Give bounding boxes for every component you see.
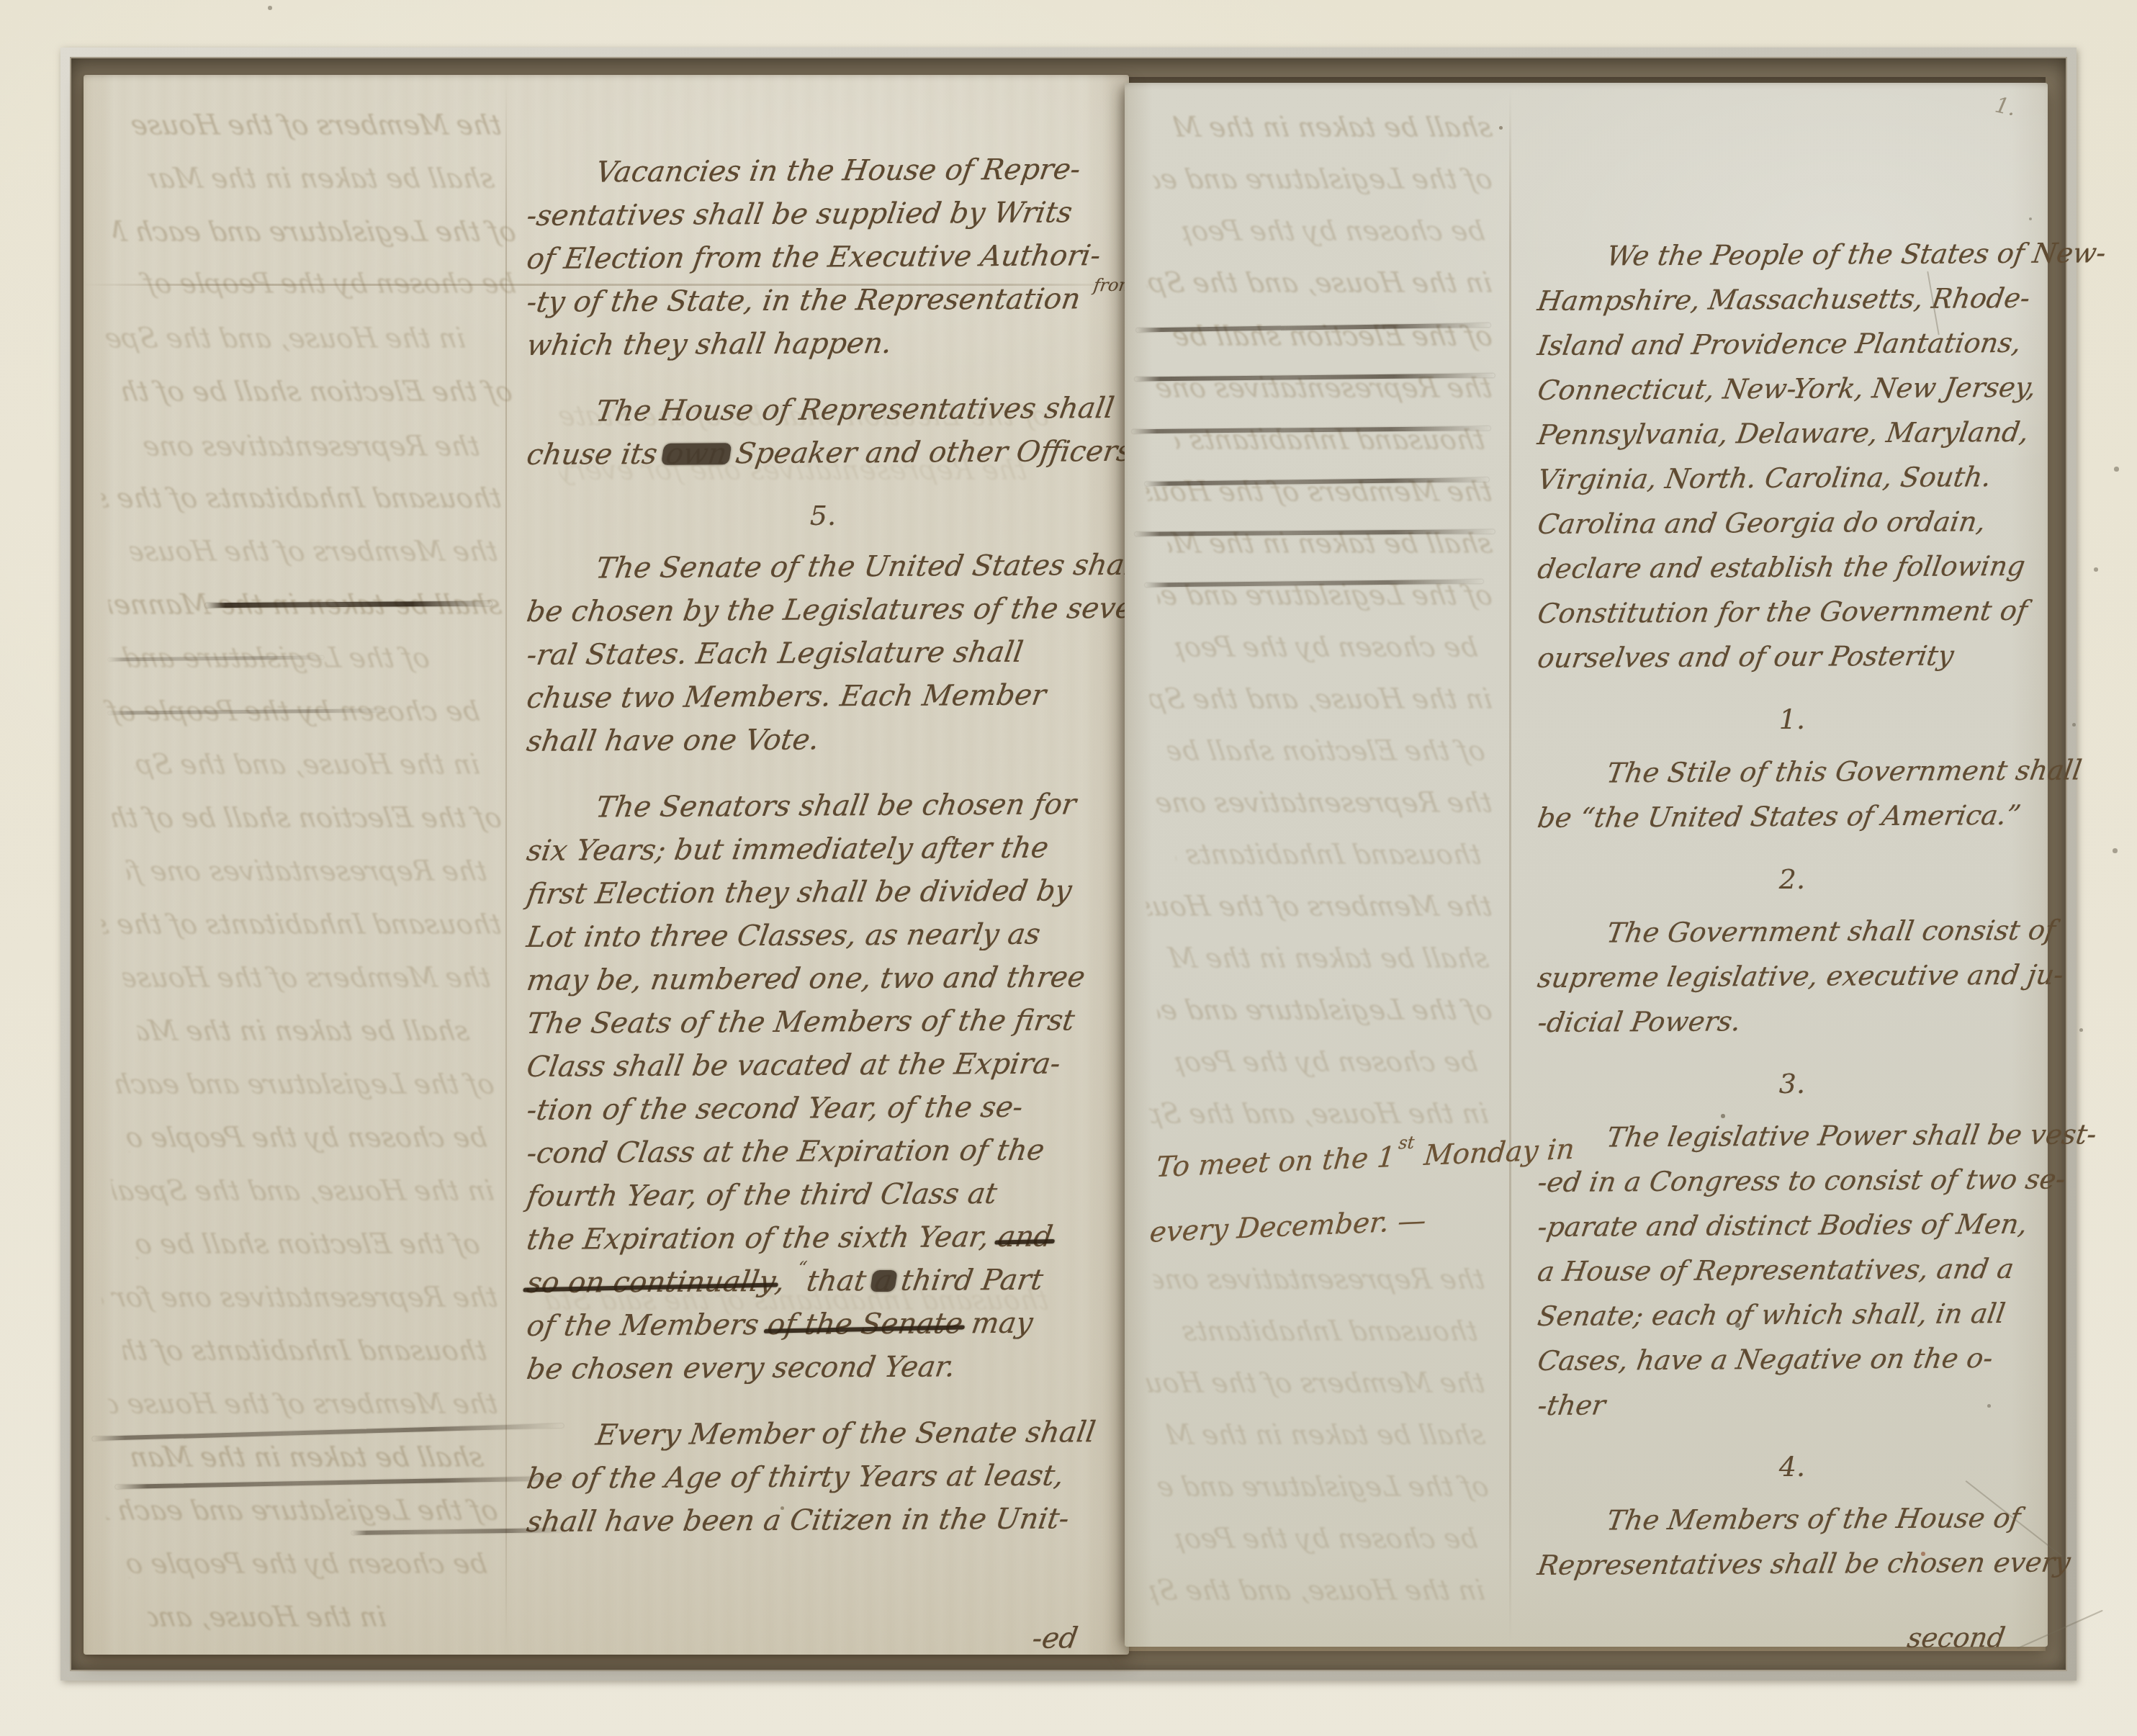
- manuscript-text: The Government shall consist of: [1605, 914, 2058, 949]
- manuscript-line: be “the United States of America.”: [1534, 793, 2050, 840]
- manuscript-line: Virginia, North. Carolina, South.: [1534, 454, 2050, 502]
- ghost-bleedthrough-line: the Members of the House chosen in: [121, 962, 493, 994]
- manuscript-line: may be, numbered one, two and three: [523, 955, 1123, 1002]
- ghost-bleedthrough-line: of the Legislature and each Member: [1155, 1471, 1491, 1503]
- manuscript-text: every December. —: [1148, 1205, 1428, 1249]
- ghost-bleedthrough-line: of the Election shall be of the State: [1166, 735, 1488, 767]
- ghost-bleedthrough-line: of the Election shall be of the State: [132, 1228, 482, 1260]
- manuscript-text: chuse its: [524, 438, 668, 472]
- catchword: second: [1534, 1615, 2050, 1663]
- manuscript-line: fourth Year, of the third Class at: [523, 1171, 1123, 1218]
- manuscript-text: Island and Providence Plantations,: [1536, 327, 2024, 361]
- manuscript-paragraph: Every Member of the Senate shallbe of th…: [527, 1414, 1119, 1544]
- manuscript-line: which they shall happen.: [523, 320, 1123, 367]
- manuscript-text: The House of Representatives shall: [594, 392, 1117, 428]
- struck-through-text: of the Senate: [765, 1307, 966, 1341]
- ghost-bleedthrough-line: thousand Inhabitants of the said States: [1173, 839, 1484, 871]
- manuscript-text: be of the Age of thirty Years at least,: [524, 1459, 1066, 1496]
- dust-speck: [2029, 217, 2032, 220]
- ghost-bleedthrough-line: in the House, and the Speaker shall: [146, 1601, 389, 1633]
- manuscript-text: that: [804, 1264, 878, 1298]
- manuscript-line: -ther: [1534, 1380, 2050, 1428]
- ghost-bleedthrough-line: in the House, and the Speaker shall: [132, 749, 482, 781]
- section-number: 4.: [1538, 1451, 2046, 1483]
- ghost-bleedthrough-line: shall be taken in the Manner here: [135, 1015, 472, 1047]
- ghost-bleedthrough-line: of the Legislature and each Member: [1151, 163, 1495, 195]
- manuscript-line: -dicial Powers.: [1534, 997, 2050, 1045]
- manuscript-text: first Election they shall be divided by: [524, 874, 1074, 911]
- ghost-bleedthrough-line: shall be taken in the Manner here: [128, 1442, 486, 1473]
- manuscript-text: -ral States. Each Legislature shall: [524, 636, 1025, 672]
- manuscript-text: We the People of the States of New-: [1605, 237, 2108, 271]
- manuscript-paragraph: Vacancies in the House of Repre--sentati…: [527, 151, 1119, 367]
- paper-fold-crease: [84, 284, 1129, 286]
- manuscript-text: which they shall happen.: [524, 327, 894, 362]
- ink-blot-deletion: own: [664, 437, 729, 471]
- section-number: 3.: [1538, 1068, 2046, 1099]
- manuscript-text: ourselves and of our Posterity: [1536, 639, 1956, 674]
- manuscript-text: Lot into three Classes, as nearly as: [524, 918, 1042, 954]
- manuscript-text: -tion of the second Year, of the se-: [524, 1091, 1025, 1127]
- dust-speck: [2114, 467, 2119, 472]
- manuscript-text: declare and establish the following: [1536, 550, 2028, 585]
- manuscript-text: shall have one Vote.: [524, 724, 821, 758]
- manuscript-line: declare and establish the following: [1534, 544, 2050, 591]
- manuscript-text: Constitution for the Government of: [1536, 595, 2030, 629]
- manuscript-text: Representatives shall be chosen every: [1536, 1546, 2073, 1581]
- manuscript-text: Virginia, North. Carolina, South.: [1536, 461, 1994, 495]
- ghost-bleedthrough-line: in the House, and the Speaker shall: [1144, 267, 1495, 299]
- manuscript-paragraph: The Senate of the United States shallbe …: [527, 547, 1119, 763]
- manuscript-line: of Election from the Executive Authori-: [523, 234, 1123, 281]
- manuscript-line: Class shall be vacated at the Expira-: [523, 1042, 1123, 1089]
- manuscript-text: -cond Class at the Expiration of the: [524, 1134, 1046, 1170]
- manuscript-text: Class shall be vacated at the Expira-: [524, 1047, 1062, 1084]
- ghost-bleedthrough-line: of the Election shall be of the State: [121, 376, 515, 408]
- manuscript-line: -sentatives shall be supplied by Writs: [523, 191, 1123, 238]
- ghost-bleedthrough-line: shall be taken in the Manner here: [1173, 112, 1495, 143]
- manuscript-text: the Expiration of the sixth Year,: [524, 1220, 1000, 1256]
- manuscript-line: Cases, have a Negative on the o-: [1534, 1336, 2050, 1383]
- manuscript-text: Cases, have a Negative on the o-: [1536, 1342, 1995, 1377]
- manuscript-text: shall have been a Citizen in the Unit-: [524, 1502, 1071, 1539]
- right-page-text-column: We the People of the States of New-Hamps…: [1538, 234, 2046, 1611]
- manuscript-text: The Seats of the Members of the first: [524, 1004, 1076, 1040]
- ghost-bleedthrough-line: the Representatives one for every forty: [1151, 787, 1495, 819]
- manuscript-text: third Part: [890, 1264, 1045, 1297]
- catchword: -ed: [523, 1616, 1123, 1663]
- manuscript-line: six Years; but immediately after the: [523, 826, 1123, 873]
- manuscript-line: We the People of the States of New-: [1534, 231, 2050, 279]
- dust-speck: [2072, 723, 2076, 727]
- manuscript-text: chuse two Members. Each Member: [524, 679, 1048, 715]
- manuscript-paragraph: The Members of the House ofRepresentativ…: [1538, 1498, 2046, 1588]
- manuscript-line: chuse its own Speaker and other Officers…: [523, 430, 1123, 477]
- paper-fold-crease: [505, 79, 507, 1650]
- manuscript-line: -tion of the second Year, of the se-: [523, 1085, 1123, 1132]
- ghost-bleedthrough-line: thousand Inhabitants of the said States: [121, 1335, 490, 1367]
- manuscript-line: Every Member of the Senate shall: [523, 1411, 1123, 1457]
- section-number: 5.: [527, 500, 1119, 531]
- ghost-bleedthrough-line: thousand Inhabitants of the said States: [99, 909, 504, 940]
- manuscript-line: Island and Providence Plantations,: [1534, 320, 2050, 368]
- paper-fold-crease: [1509, 89, 1511, 1642]
- manuscript-page-right: shall be taken in the Manner hereof the …: [1125, 83, 2048, 1647]
- manuscript-paragraph: The Stile of this Government shallbe “th…: [1538, 751, 2046, 840]
- paper-speck: [1921, 1552, 1925, 1556]
- manuscript-text: The legislative Power shall be vest-: [1605, 1118, 2099, 1153]
- manuscript-line: ourselves and of our Posterity: [1534, 633, 2050, 680]
- ghost-bleedthrough-line: be chosen by the People of the several: [125, 1548, 490, 1580]
- manuscript-text: a House of Representatives, and a: [1536, 1253, 2016, 1287]
- interlined-insertion: “: [796, 1258, 809, 1278]
- manuscript-line: of the Members of the Senate may: [523, 1301, 1123, 1348]
- manuscript-line: The House of Representatives shall: [523, 387, 1123, 433]
- section-number: 2.: [1538, 863, 2046, 895]
- manuscript-text: -dicial Powers.: [1536, 1005, 1743, 1038]
- manuscript-line: the Expiration of the sixth Year, and: [523, 1215, 1123, 1261]
- manuscript-text: may be, numbered one, two and three: [524, 961, 1087, 997]
- manuscript-text: Vacancies in the House of Repre-: [594, 153, 1083, 189]
- manuscript-line: The Senators shall be chosen for: [523, 783, 1123, 829]
- paper-speck: [1721, 1114, 1725, 1118]
- manuscript-line: supreme legislative, executive and ju-: [1534, 953, 2050, 1000]
- manuscript-text: Pennsylvania, Delaware, Maryland,: [1536, 416, 2031, 451]
- manuscript-text: -ed in a Congress to consist of two se-: [1536, 1164, 2068, 1198]
- ghost-bleedthrough-line: shall be taken in the Manner here: [1166, 943, 1491, 974]
- ghost-bleedthrough-line: be chosen by the People of the several: [1173, 631, 1480, 663]
- manuscript-paragraph: The legislative Power shall be vest--ed …: [1538, 1115, 2046, 1428]
- ghost-bleedthrough-line: the Representatives one for every forty: [99, 1282, 500, 1313]
- manuscript-line: first Election they shall be divided by: [523, 869, 1123, 916]
- manuscript-text: -sentatives shall be supplied by Writs: [524, 196, 1074, 233]
- framed-manuscript-photo: { "document": { "description": "Two-page…: [0, 0, 2137, 1736]
- ghost-bleedthrough-line: the Representatives one for every forty: [1151, 1264, 1488, 1295]
- manuscript-text: be “the United States of America.”: [1536, 799, 2023, 834]
- paper-speck: [1735, 1323, 1740, 1328]
- ghost-bleedthrough-line: be chosen by the People of the several: [1173, 1046, 1480, 1078]
- ghost-bleedthrough-line: be chosen by the People of the several: [1173, 1523, 1480, 1555]
- manuscript-line: The legislative Power shall be vest-: [1534, 1112, 2050, 1160]
- manuscript-text: The Senators shall be chosen for: [594, 788, 1079, 824]
- paper-speck: [1499, 126, 1503, 130]
- ghost-bleedthrough-line: the Representatives one for every forty: [125, 855, 490, 887]
- ghost-bleedthrough-line: the Members of the House chosen in: [125, 109, 504, 141]
- left-page-text-column: Vacancies in the House of Repre--sentati…: [527, 151, 1119, 1567]
- dust-speck: [2079, 1028, 2083, 1032]
- manuscript-text: may: [960, 1307, 1035, 1341]
- struck-through-text: and: [996, 1220, 1055, 1254]
- manuscript-line: be chosen every second Year.: [523, 1344, 1123, 1391]
- manuscript-line: The Senate of the United States shall: [523, 544, 1123, 590]
- manuscript-paragraph: The House of Representatives shallchuse …: [527, 390, 1119, 477]
- ghost-bleedthrough-line: the Members of the House chosen in: [1144, 1367, 1488, 1399]
- struck-through-text: so on continually: [524, 1265, 778, 1300]
- manuscript-text: six Years; but immediately after the: [524, 832, 1050, 868]
- ghost-bleedthrough-line: of the Legislature and each Member: [1155, 994, 1495, 1026]
- manuscript-text: The Stile of this Government shall: [1605, 754, 2084, 788]
- page-number-mark: 1.: [1993, 92, 2018, 121]
- manuscript-text: To meet on the 1: [1155, 1141, 1397, 1184]
- manuscript-line: -ral States. Each Legislature shall: [523, 630, 1123, 677]
- ghost-bleedthrough-line: shall be taken in the Manner here: [146, 163, 497, 194]
- manuscript-line: chuse two Members. Each Member: [523, 673, 1123, 720]
- manuscript-line: shall have been a Citizen in the Unit-: [523, 1497, 1123, 1544]
- margin-annotation: To meet on the 1st Monday inevery Decemb…: [1147, 1117, 1578, 1266]
- ghost-bleedthrough-line: of the Legislature and each Member: [103, 1495, 500, 1526]
- manuscript-line: The Government shall consist of: [1534, 908, 2050, 955]
- manuscript-text: Speaker and other Officers.: [724, 435, 1143, 471]
- manuscript-line: -cond Class at the Expiration of the: [523, 1128, 1123, 1175]
- ghost-bleedthrough-line: the Members of the House chosen in: [128, 536, 500, 567]
- manuscript-text: be chosen by the Legislatures of the sev…: [524, 592, 1144, 629]
- ghost-bleedthrough-line: the Members of the House chosen in: [107, 1388, 500, 1420]
- manuscript-text: The Members of the House of: [1605, 1502, 2023, 1537]
- ghost-bleedthrough-line: thousand Inhabitants of the said States: [1173, 1316, 1480, 1347]
- manuscript-line: The Members of the House of: [1534, 1496, 2050, 1543]
- manuscript-text: be chosen every second Year.: [524, 1350, 958, 1386]
- manuscript-line: so on continually, “that a third Part: [523, 1258, 1123, 1305]
- manuscript-line: -ed in a Congress to consist of two se-: [1534, 1157, 2050, 1205]
- manuscript-line: Senate; each of which shall, in all: [1534, 1291, 2050, 1339]
- manuscript-text: fourth Year, of the third Class at: [524, 1177, 999, 1213]
- manuscript-line: be of the Age of thirty Years at least,: [523, 1454, 1123, 1501]
- manuscript-line: Vacancies in the House of Repre-: [523, 148, 1123, 194]
- ghost-bleedthrough-line: be chosen by the People of the several: [1180, 215, 1488, 247]
- manuscript-paragraph: The Senators shall be chosen forsix Year…: [527, 786, 1119, 1391]
- manuscript-line: shall have one Vote.: [523, 716, 1123, 763]
- manuscript-paragraph: We the People of the States of New-Hamps…: [1538, 234, 2046, 680]
- manuscript-text: Connecticut, New-York, New Jersey,: [1536, 372, 2038, 406]
- manuscript-text: of the Members: [524, 1308, 770, 1343]
- ghost-bleedthrough-line: in the House, and the Speaker shall: [103, 323, 468, 354]
- manuscript-line: Constitution for the Government of: [1534, 588, 2050, 636]
- ghost-bleedthrough-line: of the Legislature and each Member: [103, 1069, 497, 1100]
- manuscript-paragraph: The Government shall consist ofsupreme l…: [1538, 911, 2046, 1045]
- manuscript-text: -ther: [1536, 1389, 1608, 1421]
- manuscript-line: The Stile of this Government shall: [1534, 748, 2050, 796]
- ghost-bleedthrough-line: shall be taken in the Manner here: [1166, 1419, 1488, 1451]
- manuscript-line: a House of Representatives, and a: [1534, 1246, 2050, 1294]
- manuscript-line: Pennsylvania, Delaware, Maryland,: [1534, 410, 2050, 457]
- manuscript-line: Carolina and Georgia do ordain,: [1534, 499, 2050, 547]
- manuscript-text: Every Member of the Senate shall: [594, 1416, 1098, 1452]
- interlined-insertion: st: [1398, 1132, 1416, 1153]
- dust-speck: [2113, 848, 2118, 853]
- manuscript-text: supreme legislative, executive and ju-: [1536, 959, 2066, 994]
- paper-speck: [780, 1506, 784, 1510]
- ghost-bleedthrough-line: of the Election shall be of the State: [110, 802, 504, 834]
- manuscript-text: -ty of the State, in the Representation: [524, 282, 1092, 319]
- ghost-bleedthrough-line: the Representatives one for every forty: [139, 431, 482, 462]
- ghost-bleedthrough-line: in the House, and the Speaker shall: [1148, 683, 1495, 715]
- dust-speck: [2094, 567, 2098, 572]
- manuscript-text: The Senate of the United States shall: [594, 549, 1146, 585]
- manuscript-line: be chosen by the Legislatures of the sev…: [523, 587, 1123, 634]
- ghost-bleedthrough-line: thousand Inhabitants of the said States: [99, 482, 504, 514]
- ghost-bleedthrough-line: be chosen by the People of the several: [125, 1122, 490, 1153]
- manuscript-text: Carolina and Georgia do ordain,: [1536, 505, 1988, 540]
- section-number: 1.: [1538, 703, 2046, 735]
- dust-speck: [1987, 1404, 1991, 1408]
- manuscript-line: Hampshire, Massachusetts, Rhode-: [1534, 276, 2050, 323]
- manuscript-line: The Seats of the Members of the first: [523, 999, 1123, 1045]
- dust-speck: [268, 6, 272, 10]
- manuscript-line: Connecticut, New-York, New Jersey,: [1534, 365, 2050, 413]
- manuscript-text: -parate and distinct Bodies of Men,: [1536, 1208, 2030, 1243]
- ghost-bleedthrough-line: in the House, and the Speaker shall: [1148, 1575, 1488, 1606]
- manuscript-line: Representatives shall be chosen every: [1534, 1540, 2050, 1588]
- manuscript-line: Lot into three Classes, as nearly as: [523, 912, 1123, 959]
- manuscript-text: of Election from the Executive Authori-: [524, 239, 1102, 276]
- manuscript-page-left: the Members of the House chosen inshall …: [84, 75, 1129, 1655]
- manuscript-line: -parate and distinct Bodies of Men,: [1534, 1202, 2050, 1249]
- manuscript-text: Hampshire, Massachusetts, Rhode-: [1536, 282, 2033, 317]
- manuscript-text: Senate; each of which shall, in all: [1536, 1297, 2007, 1332]
- ghost-bleedthrough-line: in the House, and the Speaker shall: [110, 1175, 497, 1207]
- ghost-bleedthrough-line: of the Legislature and each Member: [110, 216, 518, 248]
- ghost-bleedthrough-line: the Members of the House chosen in: [1144, 891, 1495, 922]
